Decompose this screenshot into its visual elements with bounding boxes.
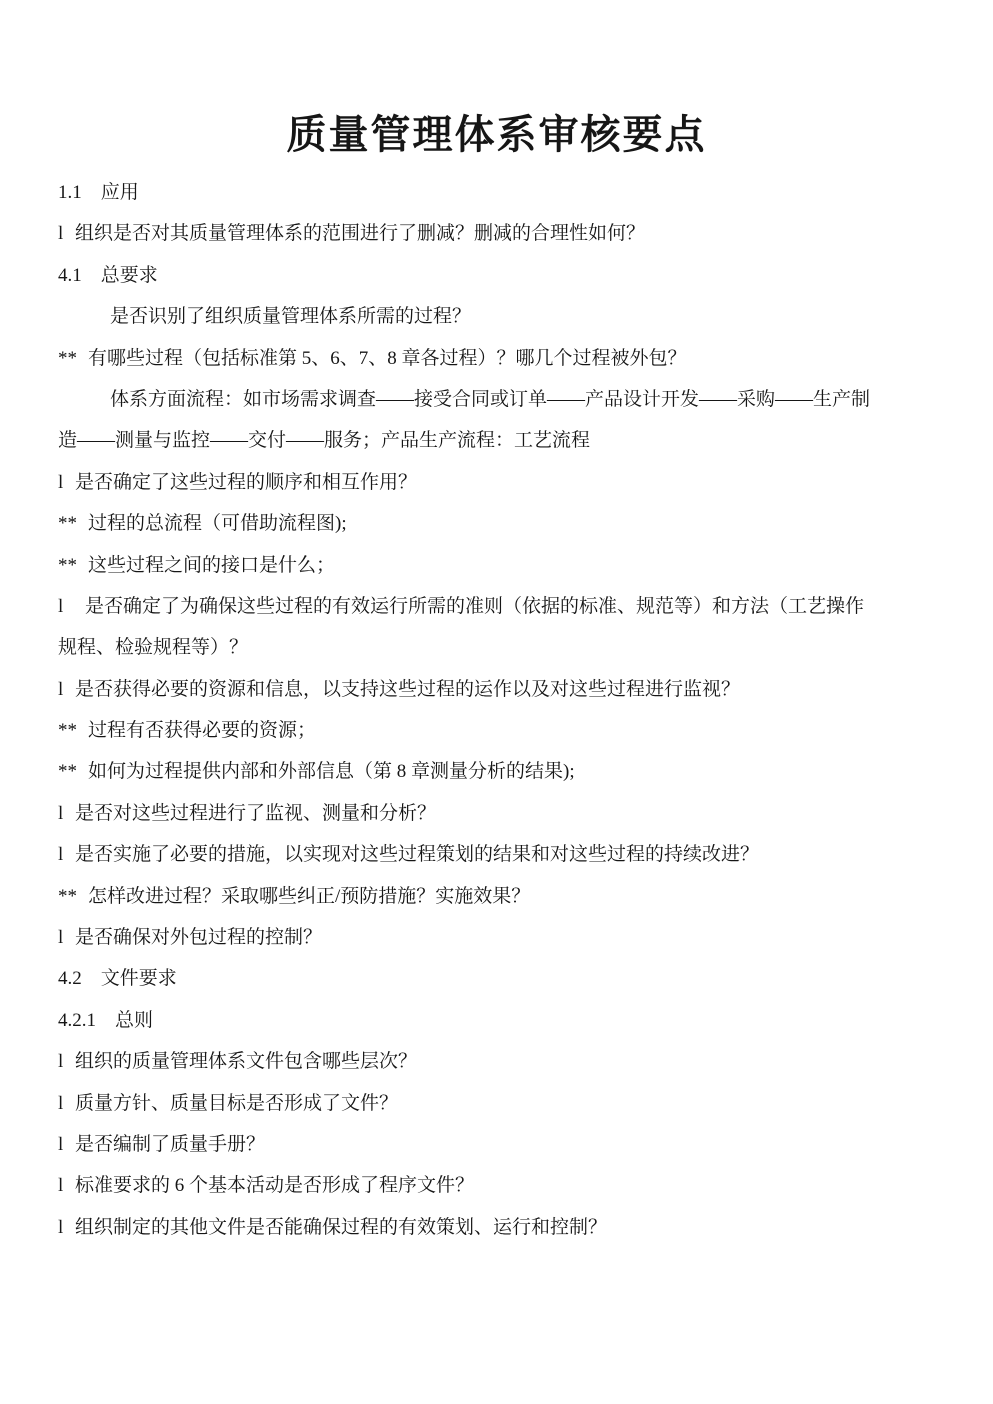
- section-heading: 4.2 文件要求: [58, 958, 935, 999]
- line-text: 过程的总流程（可借助流程图);: [88, 513, 347, 534]
- line-text: 这些过程之间的接口是什么；: [88, 555, 335, 576]
- bullet-marker: l: [58, 1083, 75, 1124]
- bullet-marker: l: [58, 1165, 75, 1206]
- bullet-line: l质量方针、质量目标是否形成了文件？: [58, 1083, 935, 1124]
- line-text: 是否识别了组织质量管理体系所需的过程？: [110, 306, 471, 327]
- note-line: **如何为过程提供内部和外部信息（第 8 章测量分析的结果);: [58, 751, 935, 792]
- bullet-marker: l: [58, 213, 75, 254]
- bullet-line: l组织是否对其质量管理体系的范围进行了删减？删减的合理性如何？: [58, 213, 935, 254]
- bullet-line: l是否实施了必要的措施，以实现对这些过程策划的结果和对这些过程的持续改进？: [58, 834, 935, 875]
- bullet-marker: l: [58, 917, 75, 958]
- line-text: 组织是否对其质量管理体系的范围进行了删减？删减的合理性如何？: [75, 223, 645, 244]
- bullet-marker: l: [58, 1041, 75, 1082]
- section-heading: 4.1 总要求: [58, 255, 935, 296]
- bullet-line: l是否确定了为确保这些过程的有效运行所需的准则（依据的标准、规范等）和方法（工艺…: [58, 586, 935, 627]
- heading-text: 1.1 应用: [58, 182, 139, 203]
- bullet-marker: l: [58, 1207, 75, 1248]
- asterisk-marker: **: [58, 751, 88, 792]
- asterisk-marker: **: [58, 545, 88, 586]
- line-text: 过程有否获得必要的资源；: [88, 720, 316, 741]
- bullet-marker: l: [58, 586, 85, 627]
- bullet-marker: l: [58, 793, 75, 834]
- line-text: 质量方针、质量目标是否形成了文件？: [75, 1093, 398, 1114]
- note-line: **怎样改进过程？采取哪些纠正/预防措施？实施效果？: [58, 876, 935, 917]
- line-text: 规程、检验规程等）？: [58, 637, 248, 658]
- line-text: 是否确定了为确保这些过程的有效运行所需的准则（依据的标准、规范等）和方法（工艺操…: [85, 596, 864, 617]
- line-text: 如何为过程提供内部和外部信息（第 8 章测量分析的结果);: [88, 761, 575, 782]
- line-text: 标准要求的 6 个基本活动是否形成了程序文件？: [75, 1175, 474, 1196]
- line-text: 是否获得必要的资源和信息，以支持这些过程的运作以及对这些过程进行监视？: [75, 679, 740, 700]
- note-line: **这些过程之间的接口是什么；: [58, 545, 935, 586]
- line-text: 组织制定的其他文件是否能确保过程的有效策划、运行和控制？: [75, 1217, 607, 1238]
- asterisk-marker: **: [58, 503, 88, 544]
- document-body: 1.1 应用 l组织是否对其质量管理体系的范围进行了删减？删减的合理性如何？ 4…: [58, 172, 935, 1248]
- bullet-line: l是否确保对外包过程的控制？: [58, 917, 935, 958]
- line-text: 体系方面流程：如市场需求调查——接受合同或订单——产品设计开发——采购——生产制: [110, 389, 870, 410]
- bullet-line: l组织的质量管理体系文件包含哪些层次？: [58, 1041, 935, 1082]
- asterisk-marker: **: [58, 876, 88, 917]
- bullet-line: l是否获得必要的资源和信息，以支持这些过程的运作以及对这些过程进行监视？: [58, 669, 935, 710]
- line-text: 怎样改进过程？采取哪些纠正/预防措施？实施效果？: [88, 886, 530, 907]
- line-text: 是否确保对外包过程的控制？: [75, 927, 322, 948]
- bullet-line: l组织制定的其他文件是否能确保过程的有效策划、运行和控制？: [58, 1207, 935, 1248]
- line-text: 是否对这些过程进行了监视、测量和分析？: [75, 803, 436, 824]
- document-page: 质量管理体系审核要点 1.1 应用 l组织是否对其质量管理体系的范围进行了删减？…: [0, 0, 993, 1404]
- indented-line: 是否识别了组织质量管理体系所需的过程？: [58, 296, 935, 337]
- asterisk-marker: **: [58, 338, 88, 379]
- heading-text: 4.2.1 总则: [58, 1010, 153, 1031]
- note-line: **有哪些过程（包括标准第 5、6、7、8 章各过程）？哪几个过程被外包？: [58, 338, 935, 379]
- note-line: **过程有否获得必要的资源；: [58, 710, 935, 751]
- line-text: 是否实施了必要的措施，以实现对这些过程策划的结果和对这些过程的持续改进？: [75, 844, 759, 865]
- bullet-line: l是否编制了质量手册？: [58, 1124, 935, 1165]
- section-heading: 1.1 应用: [58, 172, 935, 213]
- continuation-line: 规程、检验规程等）？: [58, 627, 935, 668]
- note-line: **过程的总流程（可借助流程图);: [58, 503, 935, 544]
- line-text: 是否编制了质量手册？: [75, 1134, 265, 1155]
- bullet-line: l是否对这些过程进行了监视、测量和分析？: [58, 793, 935, 834]
- line-text: 造——测量与监控——交付——服务；产品生产流程：工艺流程: [58, 430, 590, 451]
- bullet-marker: l: [58, 462, 75, 503]
- heading-text: 4.2 文件要求: [58, 968, 177, 989]
- indented-line: 体系方面流程：如市场需求调查——接受合同或订单——产品设计开发——采购——生产制: [58, 379, 935, 420]
- line-text: 组织的质量管理体系文件包含哪些层次？: [75, 1051, 417, 1072]
- line-text: 有哪些过程（包括标准第 5、6、7、8 章各过程）？哪几个过程被外包？: [88, 348, 687, 369]
- section-heading: 4.2.1 总则: [58, 1000, 935, 1041]
- asterisk-marker: **: [58, 710, 88, 751]
- bullet-marker: l: [58, 669, 75, 710]
- bullet-marker: l: [58, 1124, 75, 1165]
- bullet-marker: l: [58, 834, 75, 875]
- document-title: 质量管理体系审核要点: [0, 0, 993, 162]
- continuation-line: 造——测量与监控——交付——服务；产品生产流程：工艺流程: [58, 420, 935, 461]
- line-text: 是否确定了这些过程的顺序和相互作用？: [75, 472, 417, 493]
- heading-text: 4.1 总要求: [58, 265, 158, 286]
- bullet-line: l是否确定了这些过程的顺序和相互作用？: [58, 462, 935, 503]
- bullet-line: l标准要求的 6 个基本活动是否形成了程序文件？: [58, 1165, 935, 1206]
